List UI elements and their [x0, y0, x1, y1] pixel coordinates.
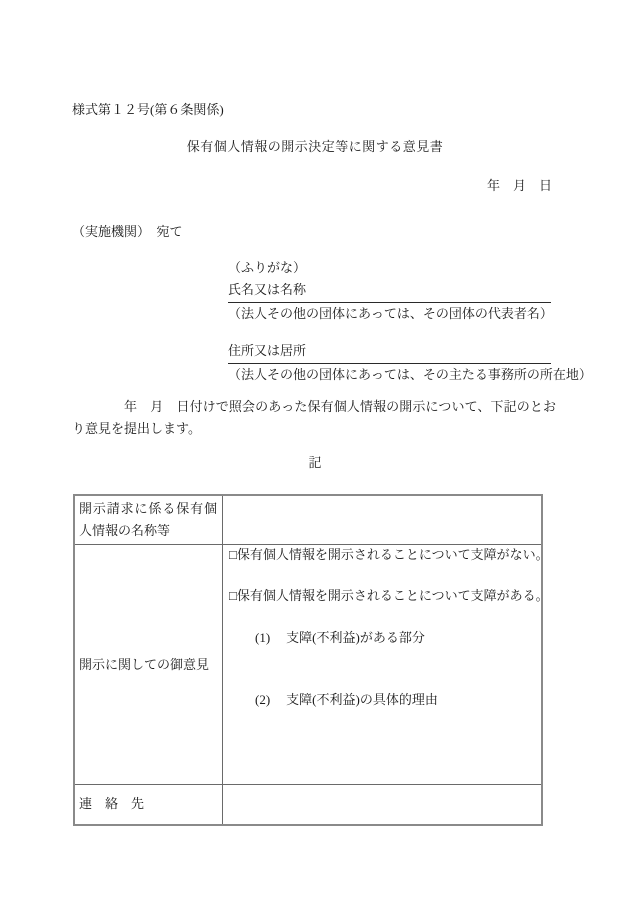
- address-note: （法人その他の団体にあっては、その主たる事務所の所在地）: [228, 364, 551, 386]
- disclosure-name-field[interactable]: [223, 495, 543, 545]
- sub-item-1: (1)支障(不利益)がある部分: [255, 628, 533, 648]
- body-paragraph: 年 月 日付けで照会のあった保有個人情報の開示について、下記のとおり意見を提出し…: [72, 396, 556, 440]
- option-no-objection: □保有個人情報を開示されることについて支障がない。: [229, 545, 533, 565]
- row-header-opinion: 開示に関しての御意見: [74, 545, 223, 785]
- applicant-block: （ふりがな） 氏名又は名称 （法人その他の団体にあっては、その団体の代表者名） …: [228, 257, 551, 386]
- name-note: （法人その他の団体にあっては、その団体の代表者名）: [228, 303, 551, 325]
- sub-item-2-number: (2): [255, 690, 270, 710]
- spacer: [228, 325, 551, 340]
- sub-item-2: (2)支障(不利益)の具体的理由: [255, 690, 533, 710]
- table-row: 開示に関しての御意見 □保有個人情報を開示されることについて支障がない。 □保有…: [74, 545, 542, 785]
- name-label: 氏名又は名称: [228, 280, 306, 300]
- table-row: 連 絡 先: [74, 785, 542, 825]
- name-field[interactable]: [306, 280, 551, 294]
- address-field-row: 住所又は居所: [228, 341, 551, 364]
- ki-heading: 記: [0, 452, 630, 471]
- opinion-cell: □保有個人情報を開示されることについて支障がない。 □保有個人情報を開示されるこ…: [223, 545, 543, 785]
- sub-item-2-label: 支障(不利益)の具体的理由: [286, 692, 438, 707]
- date-line: 年 月 日: [487, 175, 552, 194]
- row-header-disclosure-name: 開示請求に係る保有個人情報の名称等: [74, 495, 223, 545]
- document-page: 様式第１２号(第６条関係) 保有個人情報の開示決定等に関する意見書 年 月 日 …: [0, 0, 630, 903]
- contact-field[interactable]: [223, 785, 543, 825]
- name-field-row: 氏名又は名称: [228, 280, 551, 303]
- page-title: 保有個人情報の開示決定等に関する意見書: [0, 136, 630, 155]
- sub-item-1-number: (1): [255, 628, 270, 648]
- opinion-form-table: 開示請求に係る保有個人情報の名称等 開示に関しての御意見 □保有個人情報を開示さ…: [73, 494, 543, 826]
- option-objection: □保有個人情報を開示されることについて支障がある。: [229, 586, 533, 606]
- row-header-contact: 連 絡 先: [74, 785, 223, 825]
- option-no-objection-label: 保有個人情報を開示されることについて支障がない。: [237, 547, 549, 562]
- address-field[interactable]: [306, 341, 551, 355]
- sub-item-1-label: 支障(不利益)がある部分: [286, 630, 425, 645]
- checkbox-icon[interactable]: □: [229, 586, 237, 606]
- table-row: 開示請求に係る保有個人情報の名称等: [74, 495, 542, 545]
- option-objection-label: 保有個人情報を開示されることについて支障がある。: [237, 588, 549, 603]
- address-label: 住所又は居所: [228, 341, 306, 361]
- checkbox-icon[interactable]: □: [229, 545, 237, 565]
- addressee-line: （実施機関） 宛て: [72, 221, 183, 240]
- form-number: 様式第１２号(第６条関係): [72, 99, 224, 118]
- furigana-label: （ふりがな）: [228, 257, 551, 279]
